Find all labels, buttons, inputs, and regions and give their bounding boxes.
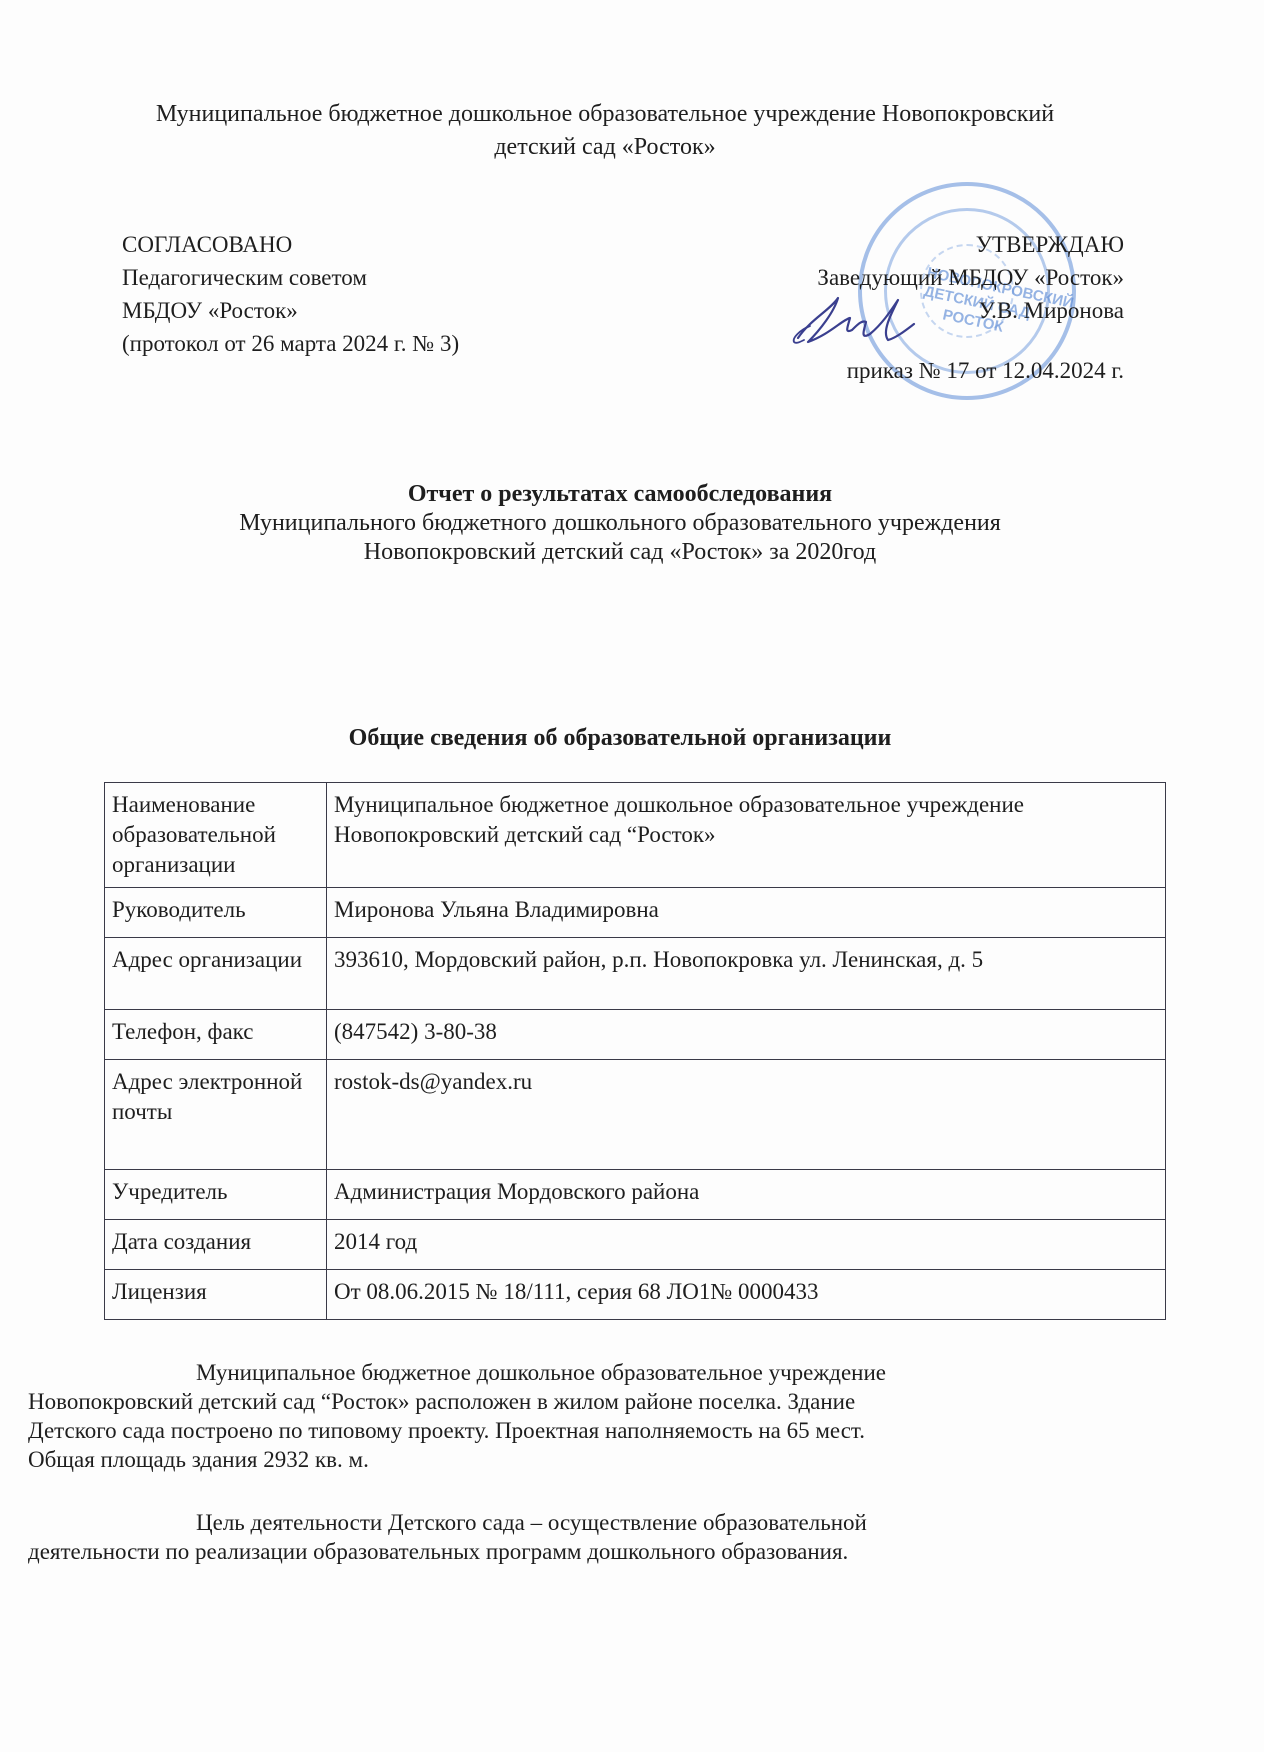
table-row: Адрес организации 393610, Мордовский рай… (105, 938, 1166, 1010)
report-subtitle-line-2: Новопокровский детский сад «Росток» за 2… (120, 538, 1120, 567)
paragraph-line: Муниципальное бюджетное дошкольное образ… (112, 1358, 1152, 1387)
approval-block-agreed: СОГЛАСОВАНО Педагогическим советом МБДОУ… (122, 228, 459, 360)
table-cell-label: Руководитель (105, 888, 327, 938)
paragraph-description: Муниципальное бюджетное дошкольное образ… (112, 1358, 1152, 1474)
table-cell-value: rostok-ds@yandex.ru (327, 1060, 1166, 1170)
paragraph-line: деятельности по реализации образовательн… (28, 1537, 1152, 1566)
table-cell-value: 393610, Мордовский район, р.п. Новопокро… (327, 938, 1166, 1010)
table-cell-value: Миронова Ульяна Владимировна (327, 888, 1166, 938)
organization-header-line-1: Муниципальное бюджетное дошкольное образ… (80, 98, 1130, 131)
approval-agreed-org: МБДОУ «Росток» (122, 294, 459, 327)
report-subtitle-line-1: Муниципального бюджетного дошкольного об… (120, 509, 1120, 538)
approval-approved-position: Заведующий МБДОУ «Росток» (817, 261, 1124, 294)
report-title: Отчет о результатах самообследования (120, 480, 1120, 509)
table-row: Лицензия От 08.06.2015 № 18/111, серия 6… (105, 1270, 1166, 1320)
table-cell-label: Адрес электронной почты (105, 1060, 327, 1170)
paragraph-goal: Цель деятельности Детского сада – осущес… (112, 1508, 1152, 1566)
approval-approved-name: У.В. Миронова (817, 294, 1124, 327)
paragraph-line: Цель деятельности Детского сада – осущес… (112, 1508, 1152, 1537)
approval-approved-order: приказ № 17 от 12.04.2024 г. (817, 354, 1124, 387)
organization-header-line-2: детский сад «Росток» (80, 131, 1130, 164)
paragraph-line: Детского сада построено по типовому прое… (28, 1416, 1152, 1445)
table-cell-label: Адрес организации (105, 938, 327, 1010)
table-cell-label: Наименование образовательной организации (105, 783, 327, 888)
table-cell-value: Муниципальное бюджетное дошкольное образ… (327, 783, 1166, 888)
table-row: Руководитель Миронова Ульяна Владимировн… (105, 888, 1166, 938)
organization-header: Муниципальное бюджетное дошкольное образ… (80, 98, 1130, 164)
table-row: Адрес электронной почты rostok-ds@yandex… (105, 1060, 1166, 1170)
table-cell-value: (847542) 3-80-38 (327, 1010, 1166, 1060)
approval-agreed-heading: СОГЛАСОВАНО (122, 228, 459, 261)
table-cell-value: 2014 год (327, 1220, 1166, 1270)
table-row: Наименование образовательной организации… (105, 783, 1166, 888)
table-cell-value: От 08.06.2015 № 18/111, серия 68 ЛО1№ 00… (327, 1270, 1166, 1320)
table-cell-label: Дата создания (105, 1220, 327, 1270)
table-row: Дата создания 2014 год (105, 1220, 1166, 1270)
table-cell-label: Лицензия (105, 1270, 327, 1320)
table-row: Телефон, факс (847542) 3-80-38 (105, 1010, 1166, 1060)
paragraph-line: Новопокровский детский сад “Росток» расп… (28, 1387, 1152, 1416)
paragraph-line: Общая площадь здания 2932 кв. м. (28, 1445, 1152, 1474)
report-title-block: Отчет о результатах самообследования Мун… (120, 480, 1120, 567)
approval-agreed-body: Педагогическим советом (122, 261, 459, 294)
approval-block-approved: УТВЕРЖДАЮ Заведующий МБДОУ «Росток» У.В.… (817, 228, 1124, 387)
table-row: Учредитель Администрация Мордовского рай… (105, 1170, 1166, 1220)
approval-approved-heading: УТВЕРЖДАЮ (817, 228, 1124, 261)
table-cell-label: Учредитель (105, 1170, 327, 1220)
approval-agreed-protocol: (протокол от 26 марта 2024 г. № 3) (122, 327, 459, 360)
document-page: Муниципальное бюджетное дошкольное образ… (0, 0, 1264, 1752)
general-info-table: Наименование образовательной организации… (104, 782, 1166, 1320)
table-cell-label: Телефон, факс (105, 1010, 327, 1060)
section-title-general-info: Общие сведения об образовательной органи… (120, 725, 1120, 752)
table-cell-value: Администрация Мордовского района (327, 1170, 1166, 1220)
